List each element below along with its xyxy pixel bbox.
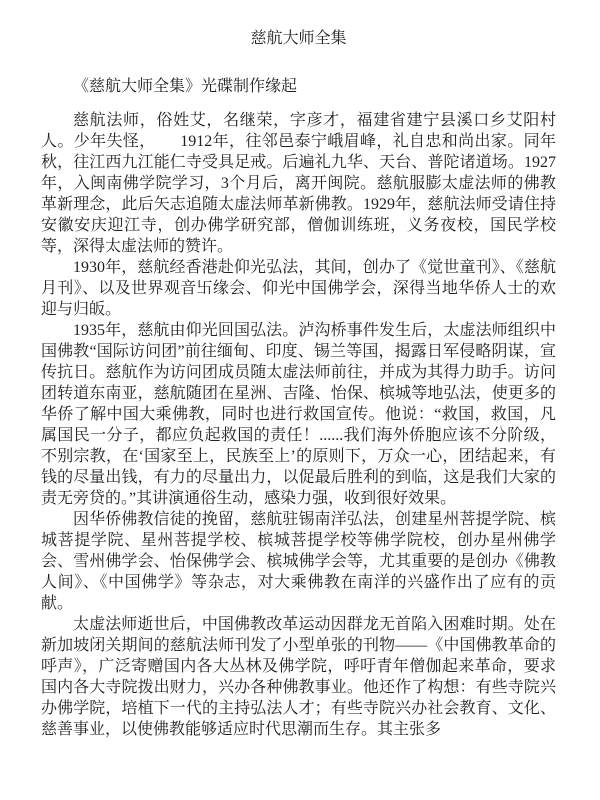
paragraph-reform-movement: 太虚法师逝世后，中国佛教改革运动因群龙无首陷入困难时期。处在新加坡闭关期间的慈航…	[41, 614, 556, 740]
paragraph-nanyang-institutions: 因华侨佛教信徒的挽留，慈航驻锡南洋弘法，创建星州菩提学院、槟城菩提学院、星州菩提…	[41, 509, 556, 614]
document-body: 慈航法师，俗姓艾，名继荣，字彦才，福建省建宁县溪口乡艾阳村人。少年失怪， 191…	[41, 110, 556, 740]
document-page: 慈航大师全集 《慈航大师全集》光碟制作缘起 慈航法师，俗姓艾，名继荣，字彦才，福…	[0, 0, 600, 800]
paragraph-wartime-tour: 1935年，慈航由仰光回国弘法。泸沟桥事件发生后，太虚法师组织中国佛教“国际访问…	[41, 320, 556, 509]
paragraph-biography: 慈航法师，俗姓艾，名继荣，字彦才，福建省建宁县溪口乡艾阳村人。少年失怪， 191…	[41, 110, 556, 257]
document-subtitle: 《慈航大师全集》光碟制作缘起	[41, 76, 556, 98]
document-title: 慈航大师全集	[41, 28, 556, 50]
paragraph-yangon-mission: 1930年，慈航经香港赴仰光弘法，其间，创办了《觉世童刊》、《慈航月刊》、以及世…	[41, 257, 556, 320]
